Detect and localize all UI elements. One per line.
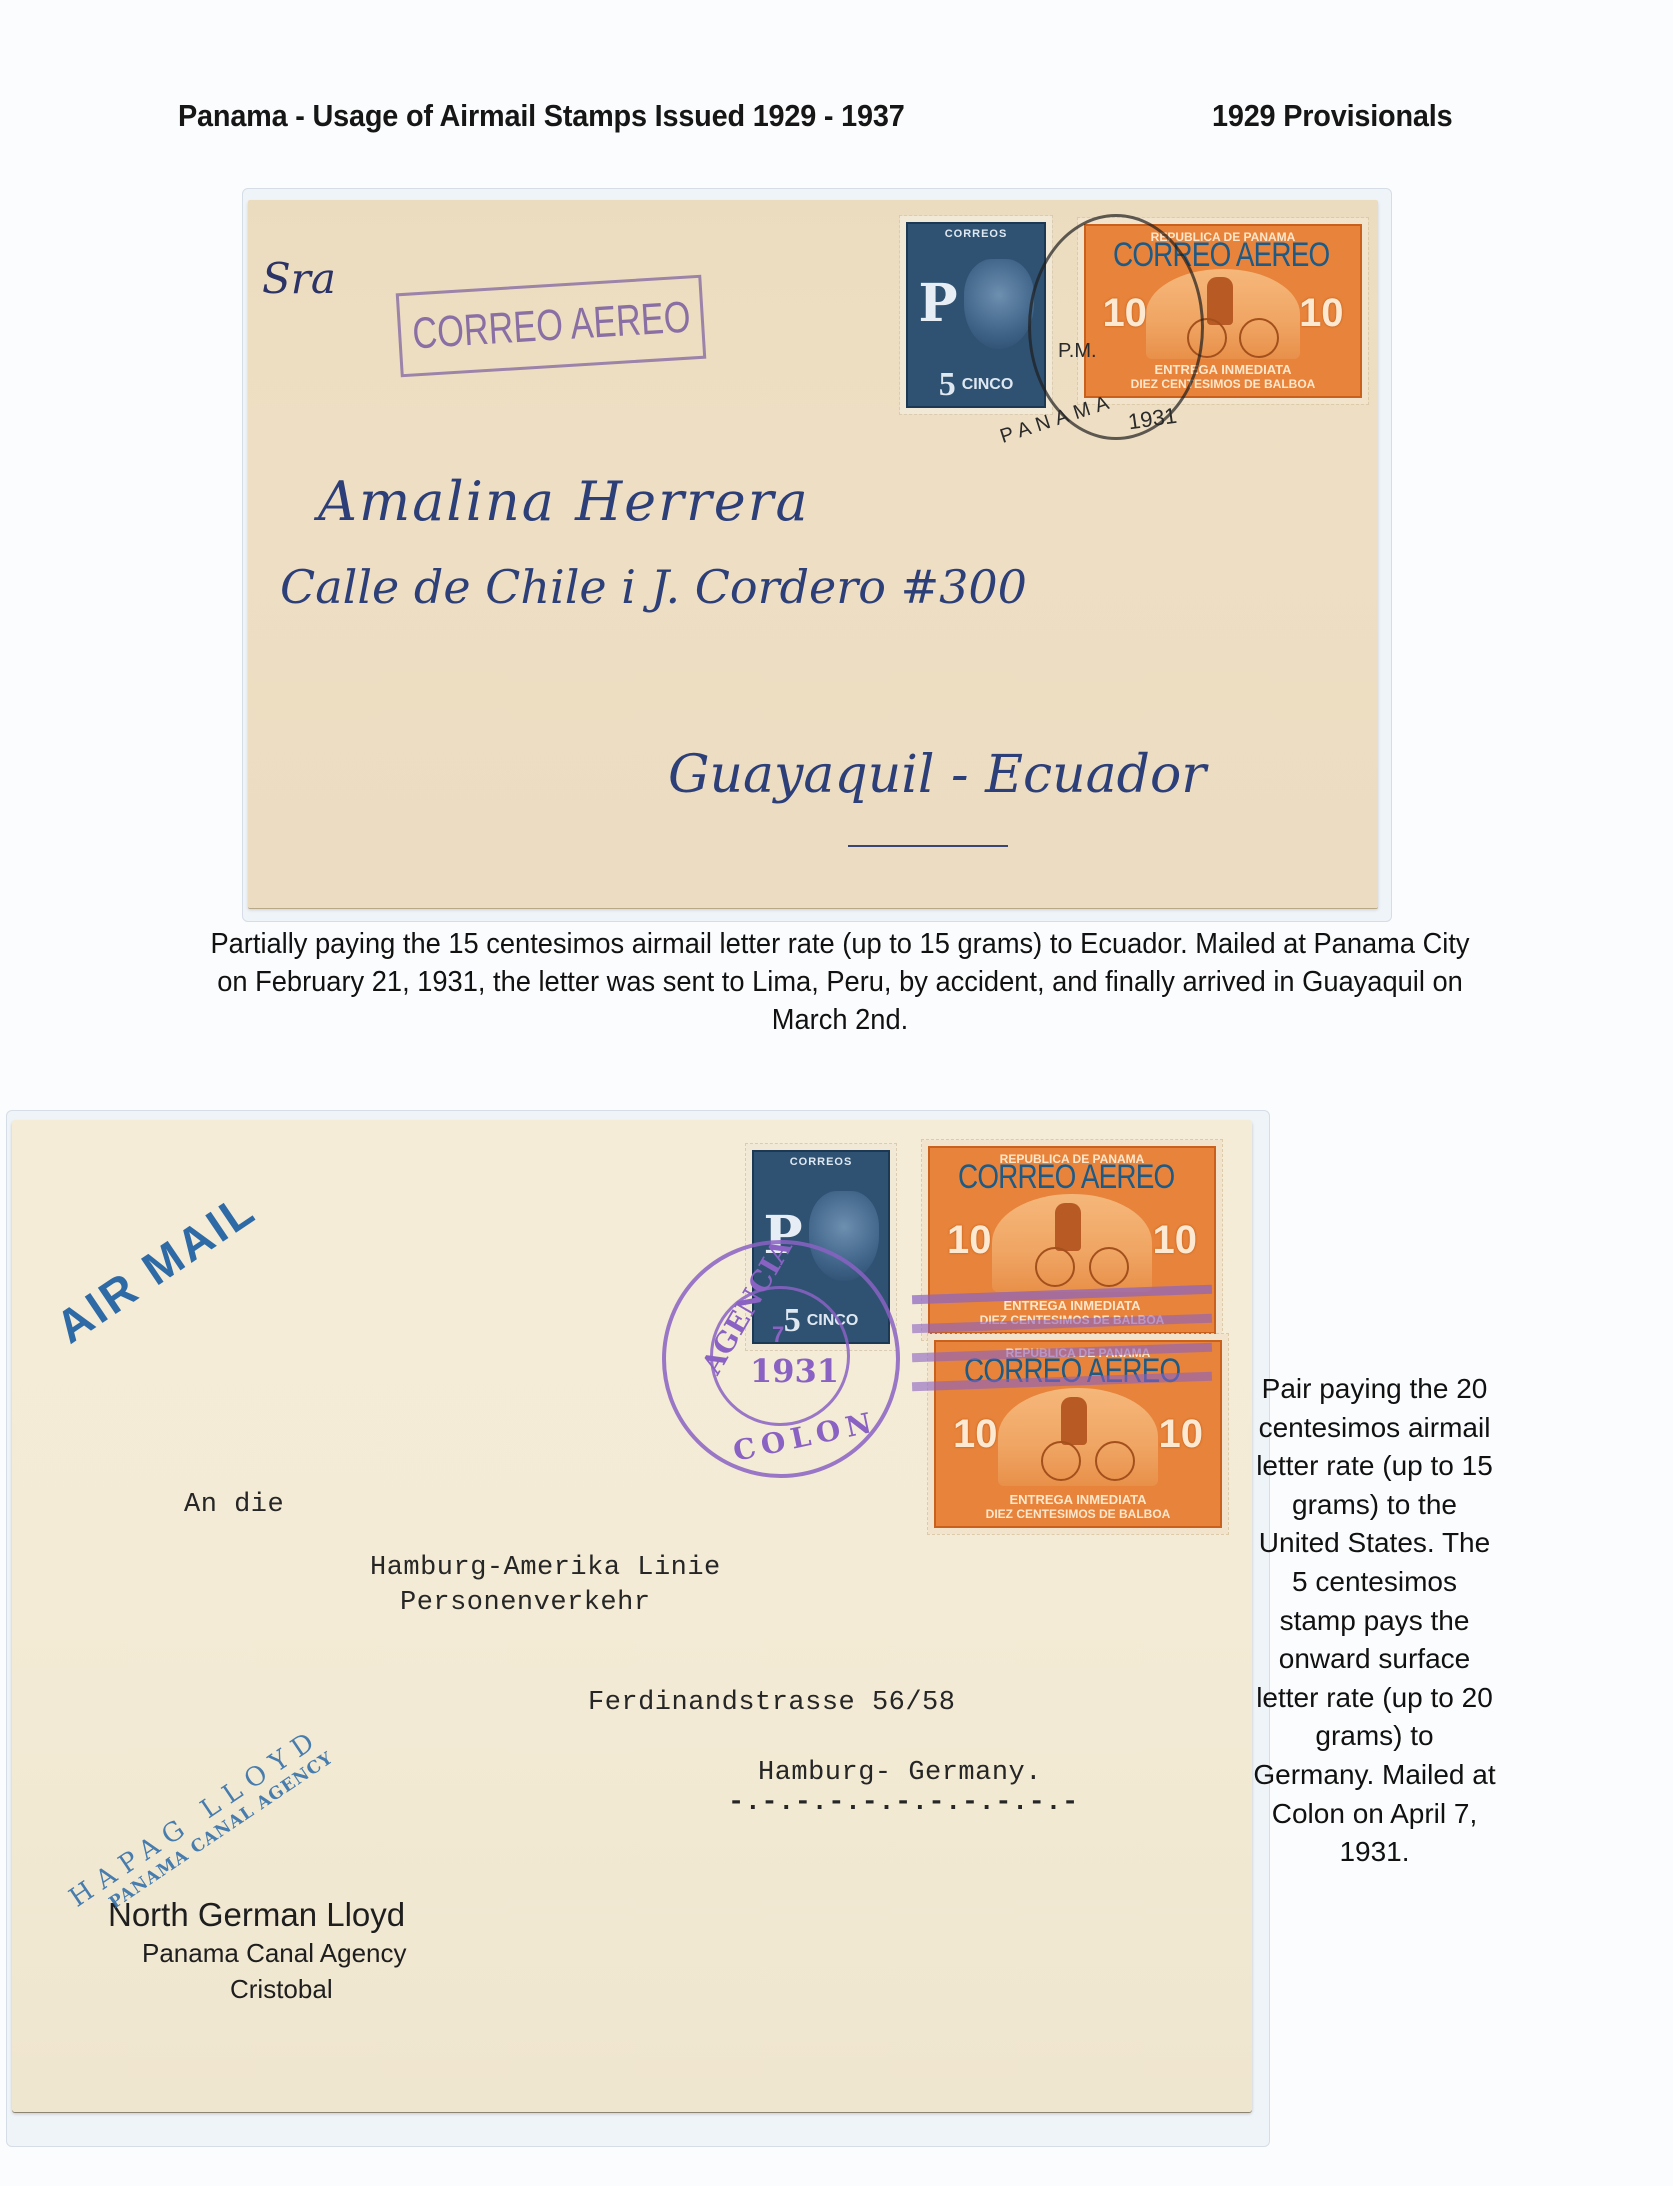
cover2-postmark-day: 7: [772, 1322, 784, 1348]
cover1-recipient-name: Amalina Herrera: [318, 470, 810, 533]
cyclist-icon: [1061, 1397, 1087, 1445]
cover1-postmark-time: P.M.: [1058, 340, 1097, 363]
stamp-top-text: CORREOS: [945, 228, 1008, 240]
stamp-line1: ENTREGA INMEDIATA: [936, 1493, 1220, 1508]
cover2-address-line4: Ferdinandstrasse 56/58: [588, 1688, 955, 1718]
cover2-handstamp-line2: PANAMA CANAL AGENCY: [106, 1747, 339, 1913]
cover1-postmark-year: 1931: [1126, 403, 1178, 436]
page-title: Panama - Usage of Airmail Stamps Issued …: [178, 98, 905, 134]
cover2-address-line3: Personenverkehr: [400, 1588, 651, 1618]
wheel-icon: [1239, 318, 1279, 358]
stamp-letter-p: P: [918, 278, 957, 330]
cover2-postmark-year: 1931: [750, 1352, 839, 1390]
section-title: 1929 Provisionals: [1212, 98, 1452, 134]
stamp-overprint: CORREO AEREO: [958, 1158, 1154, 1197]
cover2-sender-line2: Panama Canal Agency: [142, 1938, 407, 1969]
stamp-line2: DIEZ CENTESIMOS DE BALBOA: [936, 1508, 1220, 1522]
cover2-envelope: AIR MAIL CORREOS P 5 CINCO REPUBLICA DE …: [12, 1120, 1252, 2112]
cover2-sender-line1: North German Lloyd: [108, 1896, 405, 1934]
cover1-caption: Partially paying the 15 centesimos airma…: [201, 925, 1479, 1039]
cover1-city-underline: [848, 845, 1008, 847]
stamp-value-right: 10: [1152, 1218, 1197, 1263]
stamp-top-text: CORREOS: [790, 1156, 853, 1168]
stamp-value-left: 10: [953, 1412, 998, 1457]
cover2-caption: Pair paying the 20 centesimos airmail le…: [1252, 1370, 1497, 1872]
cover1-airmail-cachet-text: CORREO AEREO: [411, 293, 692, 360]
stamp-value: 5: [939, 368, 956, 402]
cover2-airmail-marking: AIR MAIL: [46, 1182, 266, 1354]
cover2-killer-bars: [912, 1290, 1212, 1386]
coat-of-arms-icon: [964, 259, 1034, 349]
cover2-address-line5: Hamburg- Germany.: [758, 1758, 1042, 1788]
cover1-recipient-street: Calle de Chile i J. Cordero #300: [280, 560, 1027, 614]
cover2-address-underline: -.-.-.-.-.-.-.-.-.-.-: [728, 1788, 1079, 1818]
cyclist-icon: [1055, 1203, 1081, 1251]
cover2-address-line1: An die: [184, 1490, 284, 1520]
cover1-salutation: Sra: [262, 254, 336, 303]
stamp-value-text: CINCO: [962, 376, 1014, 394]
stamp-bottom-text: ENTREGA INMEDIATA DIEZ CENTESIMOS DE BAL…: [936, 1493, 1220, 1522]
stamp-value-right: 10: [1158, 1412, 1203, 1457]
cover2-handstamp-line1: HAPAG LLOYD: [64, 1722, 327, 1913]
stamp-value-right: 10: [1299, 291, 1344, 336]
cover2-address-line2: Hamburg-Amerika Linie: [370, 1553, 721, 1583]
cover1-airmail-cachet: CORREO AEREO: [396, 275, 707, 378]
stamp-frame: CORREOS P 5 CINCO: [906, 222, 1046, 408]
cover1-envelope: Sra CORREO AEREO CORREOS P 5 CINCO REPUB…: [248, 200, 1378, 908]
cover1-recipient-city: Guayaquil - Ecuador: [668, 745, 1206, 805]
stamp-value-left: 10: [947, 1218, 992, 1263]
cover2-sender-line3: Cristobal: [230, 1974, 333, 2005]
